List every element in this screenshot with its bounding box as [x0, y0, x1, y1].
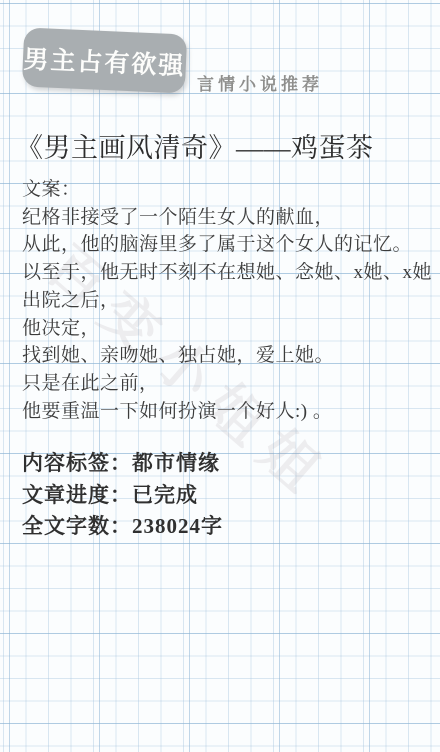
meta-label: 全文字数： [22, 514, 132, 538]
series-subtitle: 言情小说推荐 [197, 70, 323, 95]
meta-row-progress: 文章进度：已完成 [22, 480, 223, 512]
meta-row-tags: 内容标签：都市情缘 [22, 448, 223, 480]
synopsis-line: 找到她、亲吻她、独占她，爱上她。 [22, 342, 432, 370]
meta-value: 238024字 [132, 514, 223, 538]
book-title: 《男主画风清奇》——鸡蛋茶 [16, 126, 374, 165]
novel-recommendation-card: 百变小姐姐 男主占有欲强 言情小说推荐 《男主画风清奇》——鸡蛋茶 文案： 纪格… [0, 0, 440, 752]
category-badge: 男主占有欲强 [22, 27, 187, 93]
synopsis-line: 纪格非接受了一个陌生女人的献血， [22, 204, 432, 232]
meta-value: 都市情缘 [132, 451, 220, 475]
meta-block: 内容标签：都市情缘 文章进度：已完成 全文字数：238024字 [22, 448, 223, 543]
synopsis-line: 他决定， [22, 315, 432, 343]
meta-row-wordcount: 全文字数：238024字 [22, 511, 223, 543]
meta-label: 内容标签： [22, 451, 132, 475]
synopsis-line: 以至于，他无时不刻不在想她、念她、x她、x她 [22, 259, 432, 287]
meta-value: 已完成 [132, 483, 198, 507]
synopsis-line: 他要重温一下如何扮演一个好人:) 。 [22, 398, 432, 426]
synopsis-line: 只是在此之前， [22, 370, 432, 398]
synopsis-line: 从此，他的脑海里多了属于这个女人的记忆。 [22, 231, 432, 259]
synopsis-block: 文案： 纪格非接受了一个陌生女人的献血， 从此，他的脑海里多了属于这个女人的记忆… [22, 176, 432, 425]
synopsis-label: 文案： [22, 176, 432, 204]
category-badge-label: 男主占有欲强 [23, 39, 186, 82]
synopsis-line: 出院之后， [22, 287, 432, 315]
meta-label: 文章进度： [22, 483, 132, 507]
